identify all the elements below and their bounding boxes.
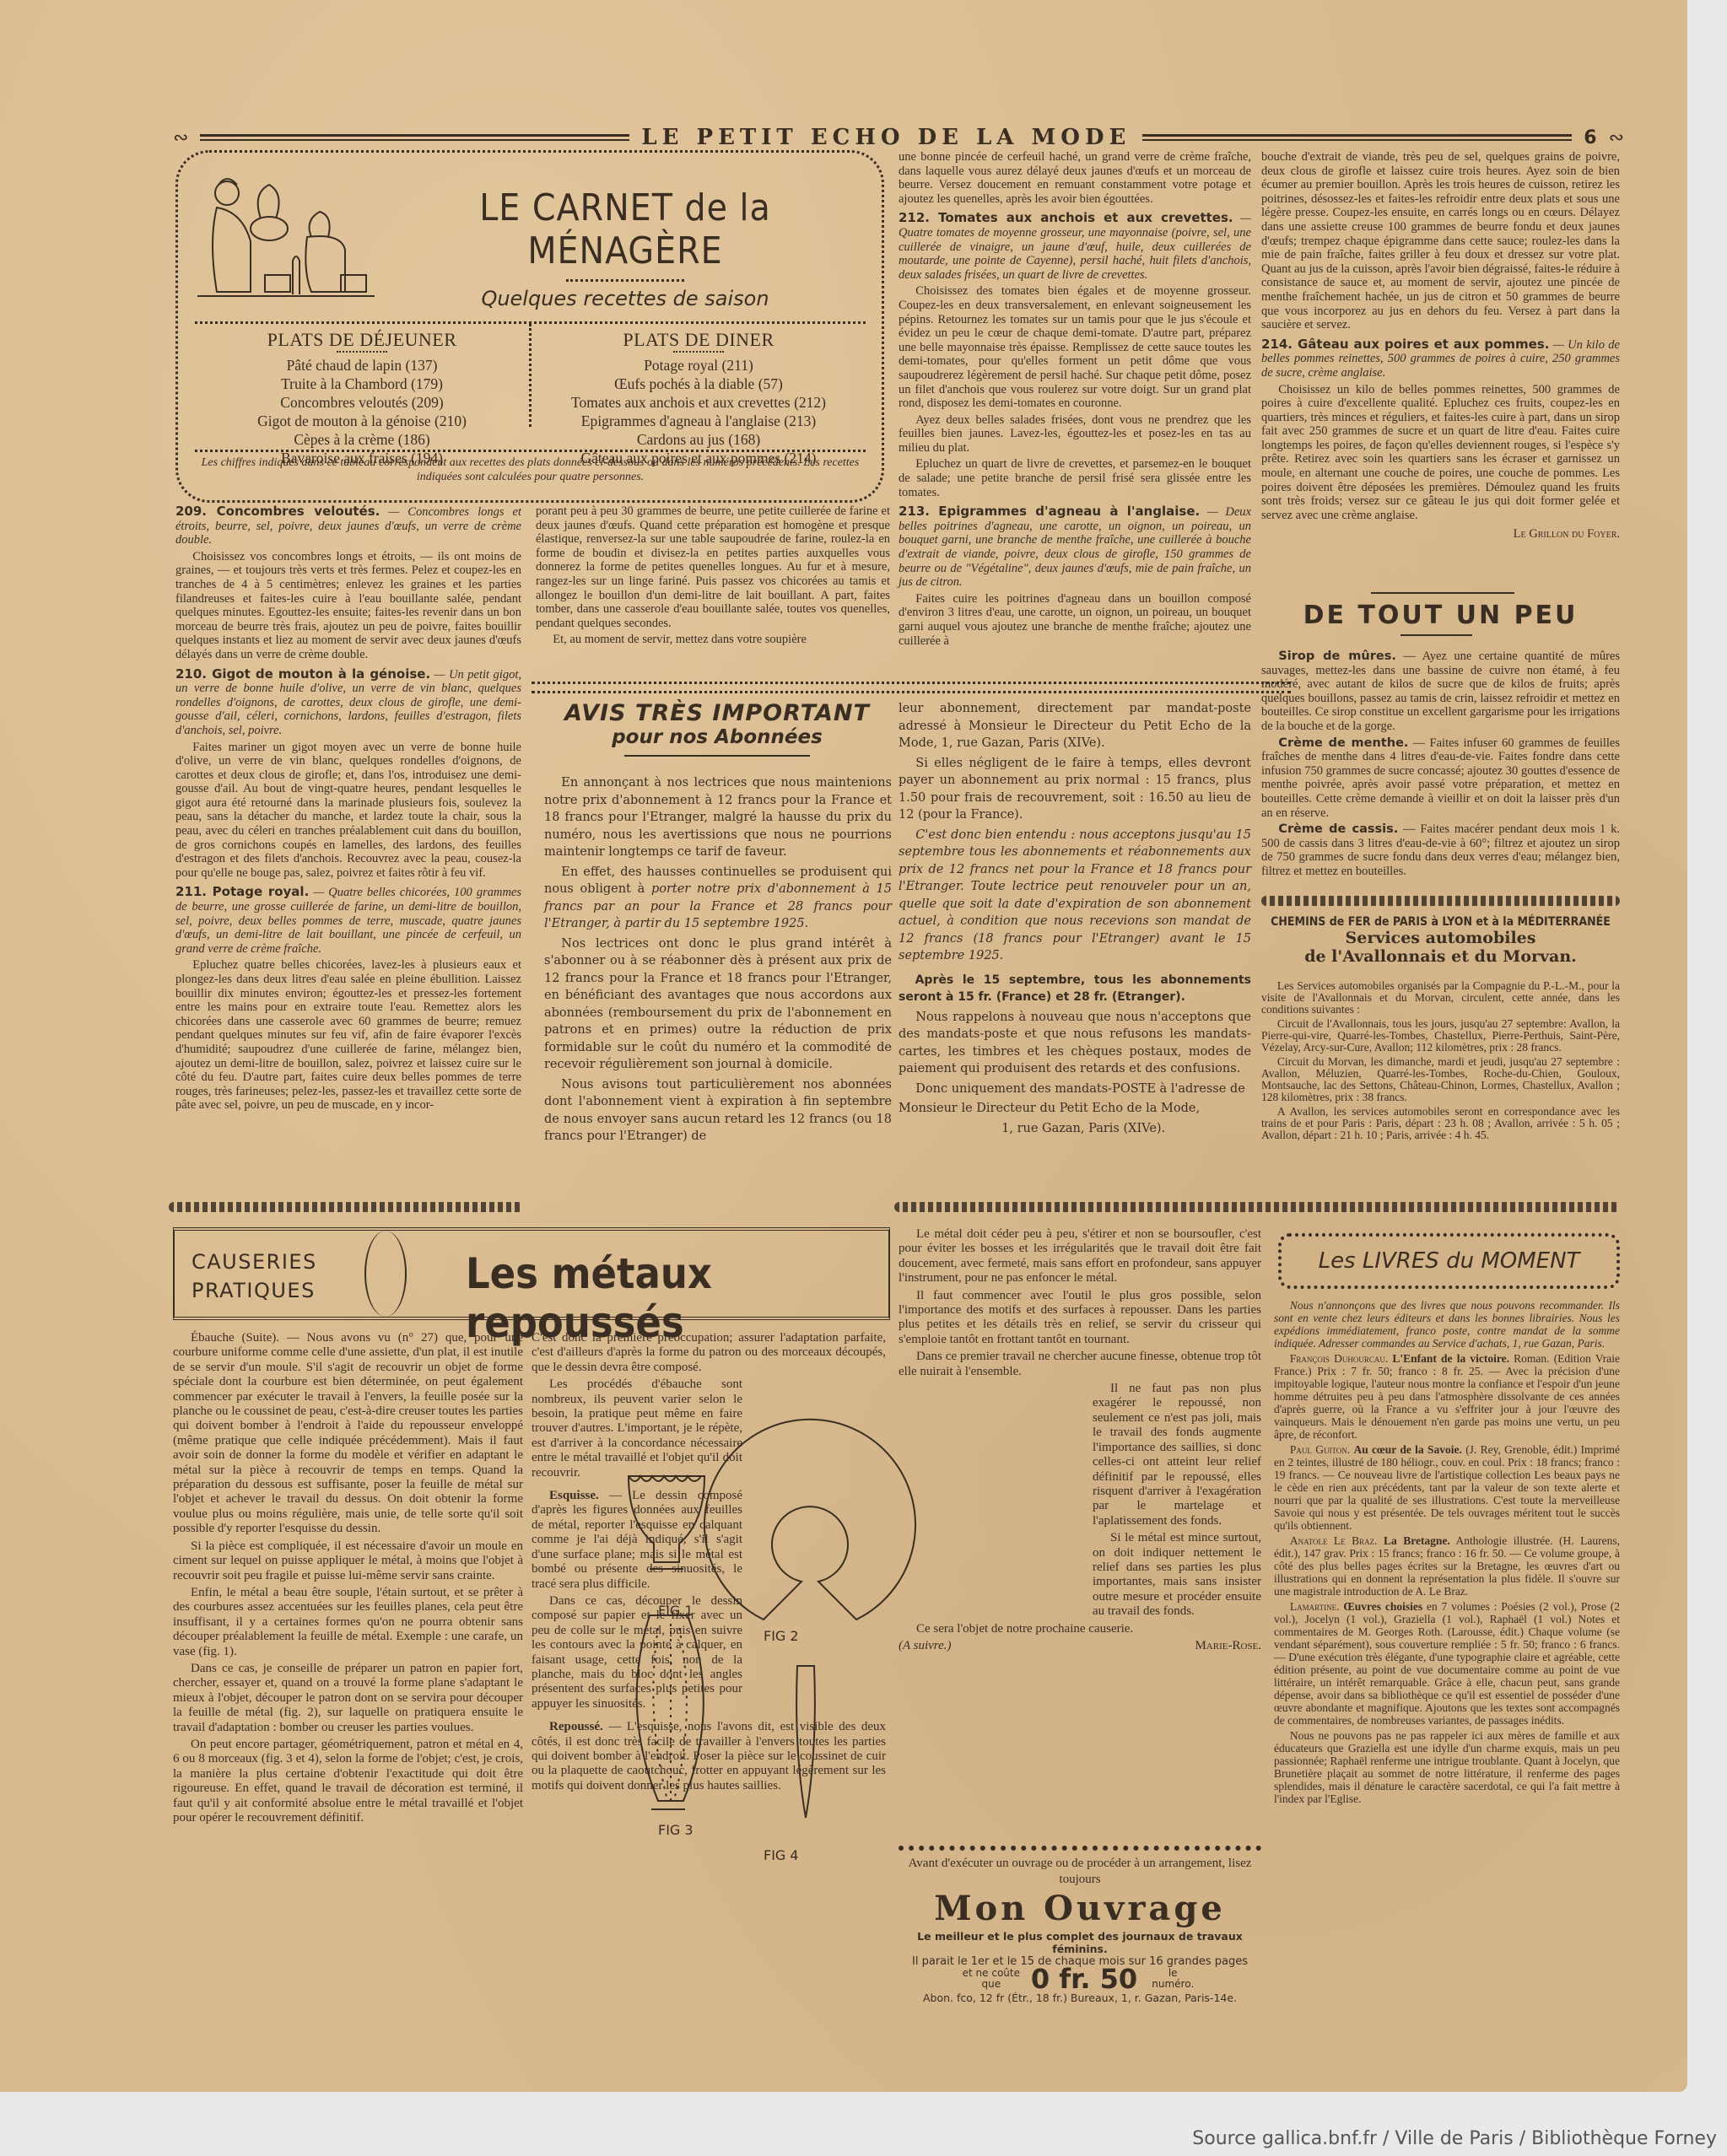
- book-description: (J. Rey, Grenoble, édit.) Imprimé en 2 t…: [1274, 1443, 1620, 1532]
- article-paragraph: Dans ce premier travail ne chercher aucu…: [899, 1350, 1261, 1379]
- article-paragraph: Il ne faut pas non plus exagérer le repo…: [1093, 1382, 1261, 1528]
- tip-title: Sirop de mûres.: [1278, 649, 1396, 663]
- menu-item: Concombres veloutés (209): [195, 393, 529, 412]
- recipe-209: 209. Concombres veloutés. — Concombres l…: [175, 504, 521, 547]
- masthead: ∾ LE PETIT ECHO DE LA MODE 6 ∾: [173, 125, 1624, 150]
- recipe-body: Choisissez un kilo de belles pommes rein…: [1261, 383, 1620, 523]
- avis-paragraph: C'est donc bien entendu : nous acceptons…: [899, 827, 1251, 965]
- recipe-212: 212. Tomates aux anchois et aux crevette…: [899, 211, 1251, 282]
- recipe-title: 211. Potage royal.: [175, 884, 309, 899]
- avis-heading: AVIS TRÈS IMPORTANT pour nos Abonnées: [540, 700, 894, 757]
- figure-label: FIG 4: [764, 1847, 799, 1863]
- livres-heading: Les LIVRES du MOMENT: [1278, 1233, 1620, 1289]
- mon-ouvrage-advertisement: Avant d'exécuter un ouvrage ou de procéd…: [899, 1846, 1261, 2004]
- avis-paragraph: Après le 15 septembre, tous les abonneme…: [899, 972, 1251, 1006]
- recipe-body: Faites cuire les poitrines d'agneau dans…: [899, 592, 1251, 648]
- recipe-title: 210. Gigot de mouton à la génoise.: [175, 666, 430, 682]
- masthead-rule: [1142, 134, 1572, 141]
- carnet-subtitle: Quelques recettes de saison: [389, 287, 861, 310]
- article-paragraph: Si le métal est mince surtout, on doit i…: [1093, 1531, 1261, 1619]
- divider: [624, 755, 810, 757]
- subheading: Repoussé.: [549, 1720, 603, 1733]
- book-review: François Duhourcau. L'Enfant de la victo…: [1274, 1352, 1620, 1441]
- ornament-icon: ∾: [173, 127, 188, 148]
- recipe-body: Ayez deux belles salades frisées, dont v…: [899, 413, 1251, 455]
- livres-intro: Nous n'annonçons que des livres que nous…: [1274, 1299, 1620, 1350]
- chef-cooking-illustration-icon: [193, 170, 387, 313]
- recipes-column-1: 209. Concombres veloutés. — Concombres l…: [175, 504, 521, 1115]
- recipe-211: 211. Potage royal. — Quatre belles chico…: [175, 885, 521, 956]
- article-signature: Marie-Rose.: [1195, 1639, 1261, 1653]
- menu-column-diner: PLATS DE DINER Potage royal (211) Œufs p…: [529, 324, 866, 427]
- article-paragraph: Il faut commencer avec l'outil le plus g…: [899, 1289, 1261, 1348]
- book-author: François Duhourcau.: [1290, 1352, 1388, 1365]
- avis-paragraph: Si elles négligent de le faire à temps, …: [899, 755, 1251, 824]
- book-title: La Bretagne.: [1384, 1534, 1450, 1547]
- book-title: Œuvres choisies: [1343, 1600, 1422, 1613]
- book-author: Anatole Le Braz.: [1290, 1534, 1378, 1547]
- recipe-body: Epluchez quatre belles chicorées, lavez-…: [175, 958, 521, 1113]
- menu-column-dejeuner: PLATS DE DÉJEUNER Pâté chaud de lapin (1…: [195, 324, 529, 427]
- tip-item: Sirop de mûres. — Ayez une certaine quan…: [1261, 649, 1620, 734]
- avis-column-2: leur abonnement, directement par mandat-…: [899, 700, 1251, 1140]
- ad-intro: Avant d'exécuter un ouvrage ou de procéd…: [899, 1856, 1261, 1888]
- source-credit: Source gallica.bnf.fr / Ville de Paris /…: [1192, 2128, 1717, 2149]
- plm-heading: CHEMINS de FER de PARIS à LYON et à la M…: [1261, 915, 1620, 966]
- menu-heading: PLATS DE DÉJEUNER: [195, 331, 529, 349]
- price: 0 fr. 50: [1031, 1974, 1137, 1985]
- plm-title: Services automobiles: [1261, 929, 1620, 947]
- recipe-title: 212. Tomates aux anchois et aux crevette…: [899, 210, 1233, 225]
- livres-closing: Nous ne pouvons pas ne pas rappeler ici …: [1274, 1729, 1620, 1805]
- book-title: Au cœur de la Savoie.: [1353, 1443, 1461, 1456]
- ad-tagline: Le meilleur et le plus complet des journ…: [899, 1930, 1261, 1955]
- menu-item: Truite à la Chambord (179): [195, 375, 529, 393]
- menu-heading: PLATS DE DINER: [532, 331, 866, 349]
- article-paragraph: C'est donc la première préoccupation; as…: [532, 1331, 886, 1375]
- figure-label: FIG 2: [764, 1628, 799, 1644]
- book-review: Lamartine. Œuvres choisies en 7 volumes …: [1274, 1600, 1620, 1727]
- plm-paragraph: Les Services automobiles organisés par l…: [1261, 980, 1620, 1016]
- avis-paragraph: Nos lectrices ont donc le plus grand int…: [544, 935, 892, 1074]
- book-review: Anatole Le Braz. La Bretagne. Anthologie…: [1274, 1534, 1620, 1598]
- recipe-210: 210. Gigot de mouton à la génoise. — Un …: [175, 667, 521, 738]
- book-author: Paul Guiton.: [1290, 1443, 1350, 1456]
- dotted-divider: [673, 351, 724, 353]
- figure-label: FIG 3: [658, 1822, 693, 1838]
- avis-paragraph: En effet, des hausses continuelles se pr…: [544, 864, 892, 933]
- recipe-body: bouche d'extrait de viande, très peu de …: [1261, 150, 1620, 332]
- tip-title: Crème de cassis.: [1278, 822, 1398, 836]
- book-description: Roman. (Edition Vraie France.) Prix : 7 …: [1274, 1352, 1620, 1441]
- ornamental-divider: [364, 1231, 407, 1317]
- avis-address: 1, rue Gazan, Paris (XIVe).: [899, 1120, 1251, 1138]
- plm-column: Les Services automobiles organisés par l…: [1261, 980, 1620, 1144]
- recipes-column-4: bouche d'extrait de viande, très peu de …: [1261, 150, 1620, 544]
- recipe-214: 214. Gâteau aux poires et aux pommes. — …: [1261, 337, 1620, 380]
- recipe-body: porant peu à peu 30 grammes de beurre, u…: [536, 504, 890, 630]
- dotted-divider: [337, 351, 387, 353]
- recipe-213: 213. Epigrammes d'agneau à l'anglaise. —…: [899, 504, 1251, 590]
- plm-paragraph: Circuit du Morvan, les dimanche, mardi e…: [1261, 1056, 1620, 1103]
- article-paragraph: On peut encore partager, géométriquement…: [173, 1738, 523, 1825]
- avis-subtitle: pour nos Abonnées: [540, 726, 894, 748]
- menu-item: Tomates aux anchois et aux crevettes (21…: [532, 393, 866, 412]
- avis-address: Monsieur le Directeur du Petit Echo de l…: [899, 1100, 1251, 1118]
- plm-title: de l'Avallonnais et du Morvan.: [1261, 947, 1620, 966]
- article-column-1: Ébauche (Suite). — Nous avons vu (n° 27)…: [173, 1331, 523, 1828]
- recipe-body: Et, au moment de servir, mettez dans vot…: [536, 633, 890, 647]
- de-tout-un-peu-column: Sirop de mûres. — Ayez une certaine quan…: [1261, 649, 1620, 881]
- menu-item: Cèpes à la crème (186): [195, 430, 529, 449]
- scroll-ornament-divider: [1261, 896, 1620, 906]
- carnet-title: LE CARNET de la MÉNAGÈRE: [389, 186, 861, 272]
- recipes-column-3: une bonne pincée de cerfeuil haché, un g…: [899, 150, 1251, 650]
- book-author: Lamartine.: [1290, 1600, 1340, 1613]
- tip-item: Crème de cassis. — Faites macérer pendan…: [1261, 822, 1620, 878]
- menu-item: Potage royal (211): [532, 356, 866, 375]
- article-paragraph: Enfin, le métal a beau être souple, l'ét…: [173, 1586, 523, 1659]
- figure-label: FIG 1: [658, 1603, 693, 1619]
- chain-divider: [532, 682, 1291, 693]
- menu-item: Epigrammes d'agneau à l'anglaise (213): [532, 412, 866, 430]
- livres-column: Nous n'annonçons que des livres que nous…: [1274, 1299, 1620, 1808]
- menu-table: PLATS DE DÉJEUNER Pâté chaud de lapin (1…: [195, 321, 866, 427]
- carnet-menagere-box: LE CARNET de la MÉNAGÈRE Quelques recett…: [175, 150, 884, 503]
- divider: [1371, 592, 1514, 594]
- menu-item: Œufs pochés à la diable (57): [532, 375, 866, 393]
- recipes-signature: Le Grillon du Foyer.: [1261, 527, 1620, 542]
- recipes-column-2: porant peu à peu 30 grammes de beurre, u…: [536, 504, 890, 649]
- article-paragraph: Le métal doit céder peu à peu, s'étirer …: [899, 1227, 1261, 1286]
- avis-column-1: En annonçant à nos lectrices que nous ma…: [544, 774, 892, 1148]
- wavy-divider: [169, 1202, 523, 1212]
- causeries-header: CAUSERIES PRATIQUES Les métaux repoussés: [173, 1227, 890, 1320]
- ad-price-row: et ne coûte que 0 fr. 50 le numéro.: [899, 1968, 1261, 1990]
- masthead-rule: [200, 134, 629, 141]
- plm-paragraph: Circuit de l'Avallonnais, tous les jours…: [1261, 1018, 1620, 1054]
- de-tout-un-peu-title: DE TOUT UN PEU: [1261, 601, 1620, 630]
- recipe-body: Epluchez un quart de livre de crevettes,…: [899, 457, 1251, 499]
- plm-company: CHEMINS de FER de PARIS à LYON et à la M…: [1261, 915, 1620, 929]
- dotted-divider: [566, 279, 684, 282]
- recipe-body: une bonne pincée de cerfeuil haché, un g…: [899, 150, 1251, 206]
- ad-title: Mon Ouvrage: [899, 1888, 1261, 1930]
- avis-paragraph: leur abonnement, directement par mandat-…: [899, 700, 1251, 752]
- avis-paragraph: En annonçant à nos lectrices que nous ma…: [544, 774, 892, 861]
- book-title: L'Enfant de la victoire.: [1392, 1352, 1509, 1365]
- recipe-title: 209. Concombres veloutés.: [175, 504, 380, 519]
- article-paragraph: Dans ce cas, je conseille de préparer un…: [173, 1662, 523, 1735]
- recipe-body: Faites mariner un gigot moyen avec un ve…: [175, 741, 521, 881]
- newspaper-page: ∾ LE PETIT ECHO DE LA MODE 6 ∾ LE: [0, 0, 1687, 2092]
- ad-subscription: Abon. fco, 12 fr (Étr., 18 fr.) Bureaux,…: [899, 1992, 1261, 2004]
- menu-item: Pâté chaud de lapin (137): [195, 356, 529, 375]
- page-number: 6: [1584, 127, 1596, 148]
- plm-paragraph: A Avallon, les services automobiles sero…: [1261, 1106, 1620, 1141]
- recipe-title: 214. Gâteau aux poires et aux pommes.: [1261, 337, 1549, 352]
- recipe-body: Choisissez vos concombres longs et étroi…: [175, 550, 521, 662]
- publication-title: LE PETIT ECHO DE LA MODE: [641, 125, 1131, 150]
- menu-item: Cardons au jus (168): [532, 430, 866, 449]
- kicker-line: CAUSERIES: [192, 1248, 317, 1276]
- article-paragraph: Ébauche (Suite). — Nous avons vu (n° 27)…: [173, 1331, 523, 1537]
- menu-item: Gigot de mouton à la génoise (210): [195, 412, 529, 430]
- recipe-body: Choisissez des tomates bien égales et de…: [899, 284, 1251, 410]
- price-suffix: le numéro.: [1147, 1968, 1198, 1990]
- dotted-bar: [899, 1846, 1261, 1851]
- avis-title: AVIS TRÈS IMPORTANT: [540, 700, 894, 726]
- avis-paragraph: Donc uniquement des mandats-POSTE à l'ad…: [899, 1081, 1251, 1098]
- tip-title: Crème de menthe.: [1278, 736, 1408, 750]
- carnet-note: Les chiffres indiqués dans ce tableau co…: [195, 450, 866, 484]
- carnet-heading: LE CARNET de la MÉNAGÈRE Quelques recett…: [389, 186, 861, 310]
- wavy-divider: [894, 1202, 1620, 1212]
- book-review: Paul Guiton. Au cœur de la Savoie. (J. R…: [1274, 1443, 1620, 1532]
- book-description: en 7 volumes : Poésies (2 vol.), Prose (…: [1274, 1600, 1620, 1727]
- kicker-line: PRATIQUES: [192, 1276, 317, 1305]
- recipe-title: 213. Epigrammes d'agneau à l'anglaise.: [899, 504, 1200, 519]
- divider: [1400, 634, 1472, 636]
- article-paragraph: Si la pièce est compliquée, il est néces…: [173, 1539, 523, 1583]
- avis-paragraph: Nous rappelons à nouveau que nous n'acce…: [899, 1009, 1251, 1078]
- avis-paragraph: Nous avisons tout particulièrement nos a…: [544, 1076, 892, 1145]
- ornament-icon: ∾: [1609, 127, 1624, 148]
- subheading: Esquisse.: [549, 1489, 599, 1502]
- causeries-kicker: CAUSERIES PRATIQUES: [192, 1248, 317, 1305]
- price-prefix: et ne coûte que: [962, 1968, 1021, 1990]
- tip-item: Crème de menthe. — Faites infuser 60 gra…: [1261, 736, 1620, 821]
